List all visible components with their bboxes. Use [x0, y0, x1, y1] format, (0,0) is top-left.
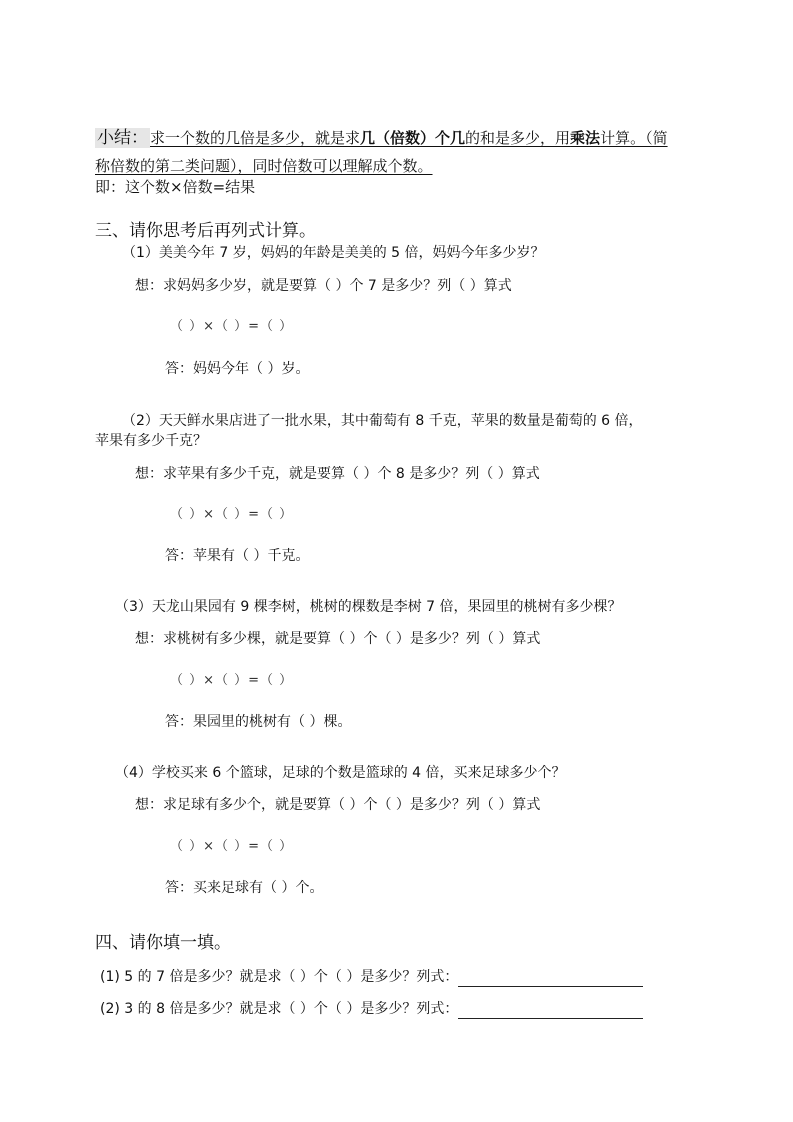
problem-2-question-line-2: 苹果有多少千克？	[95, 431, 207, 451]
summary-text-part: 的和是多少，用	[465, 129, 570, 147]
problem-3-equation[interactable]: （ ）×（ ）=（ ）	[170, 671, 293, 691]
summary-label: 小结：	[95, 128, 150, 148]
summary-text-continued: 称倍数的第二类问题），同时倍数可以理解成个数。	[95, 157, 433, 175]
problem-2-equation[interactable]: （ ）×（ ）=（ ）	[170, 505, 293, 525]
problem-4-think: 想：求足球有多少个，就是要算（ ）个（ ）是多少？列（ ）算式	[135, 795, 540, 815]
summary-line-2: 称倍数的第二类问题），同时倍数可以理解成个数。	[95, 156, 442, 176]
summary-emphasis: 乘法	[570, 129, 600, 147]
summary-text-part: 计算。（简	[600, 129, 668, 147]
problem-4-question: （4）学校买来 6 个篮球，足球的个数是篮球的 4 倍，买来足球多少个？	[115, 763, 566, 783]
problem-1-think: 想：求妈妈多少岁，就是要算（ ）个 7 是多少？列（ ）算式	[135, 276, 512, 296]
problem-2-answer[interactable]: 答：苹果有（ ）千克。	[165, 546, 309, 566]
summary-formula: 即：这个数×倍数=结果	[95, 177, 255, 197]
fill-item-1-text: (1) 5 的 7 倍是多少？就是求（ ）个（ ）是多少？列式：	[100, 969, 458, 985]
summary-text-part: 求一个数的几倍是多少，就是求	[150, 129, 360, 147]
summary-text: 求一个数的几倍是多少，就是求几（倍数）个几的和是多少，用乘法计算。（简	[150, 129, 668, 147]
problem-4-answer[interactable]: 答：买来足球有（ ）个。	[165, 878, 323, 898]
summary-line-1: 小结：求一个数的几倍是多少，就是求几（倍数）个几的和是多少，用乘法计算。（简	[95, 128, 668, 148]
problem-1-answer[interactable]: 答：妈妈今年（ ）岁。	[165, 359, 309, 379]
problem-2-question: （2）天天鲜水果店进了一批水果，其中葡萄有 8 千克，苹果的数量是葡萄的 6 倍…	[122, 411, 643, 431]
fill-item-2-answer-line[interactable]	[458, 1004, 643, 1019]
problem-1-question: （1）美美今年 7 岁，妈妈的年龄是美美的 5 倍，妈妈今年多少岁？	[122, 243, 545, 263]
summary-emphasis: 几（倍数）个几	[360, 129, 465, 147]
problem-2-think: 想：求苹果有多少千克，就是要算（ ）个 8 是多少？列（ ）算式	[135, 464, 540, 484]
fill-item-1: (1) 5 的 7 倍是多少？就是求（ ）个（ ）是多少？列式：	[100, 967, 643, 987]
fill-item-2: (2) 3 的 8 倍是多少？就是求（ ）个（ ）是多少？列式：	[100, 999, 643, 1019]
problem-4-equation[interactable]: （ ）×（ ）=（ ）	[170, 837, 293, 857]
section-3-title: 三、请你思考后再列式计算。	[95, 220, 316, 242]
problem-1-equation[interactable]: （ ）×（ ）=（ ）	[170, 317, 293, 337]
problem-3-question: （3）天龙山果园有 9 棵李树，桃树的棵数是李树 7 倍，果园里的桃树有多少棵？	[115, 597, 622, 617]
fill-item-1-answer-line[interactable]	[458, 972, 643, 987]
problem-3-think: 想：求桃树有多少棵，就是要算（ ）个（ ）是多少？列（ ）算式	[135, 629, 540, 649]
fill-item-2-text: (2) 3 的 8 倍是多少？就是求（ ）个（ ）是多少？列式：	[100, 1001, 458, 1017]
section-4-title: 四、请你填一填。	[95, 932, 231, 954]
problem-3-answer[interactable]: 答：果园里的桃树有（ ）棵。	[165, 712, 351, 732]
